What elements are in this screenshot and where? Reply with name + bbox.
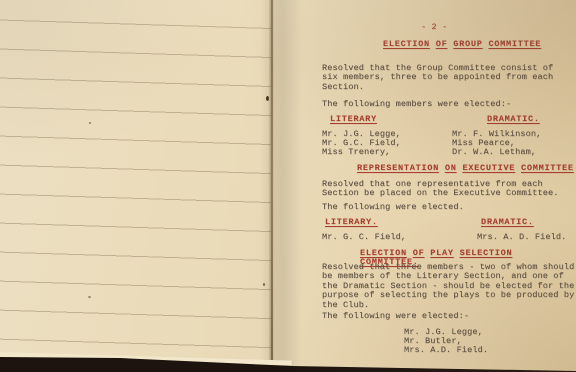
page-number: - 2 - xyxy=(421,23,447,32)
elected-intro: The following were elected. xyxy=(322,203,464,212)
elected-intro: The following members were elected:- xyxy=(322,100,511,109)
ink-speck xyxy=(266,96,269,101)
dramatic-members-list: Mr. F. Wilkinson, Miss Pearce, Dr. W.A. … xyxy=(452,130,541,156)
notebook-fold-crease xyxy=(271,0,273,366)
notebook-gutter-shadow xyxy=(260,0,302,372)
column-header-dramatic: DRAMATIC. xyxy=(481,218,534,227)
literary-members-list: Mr. J.G. Legge, Mr. G.C. Field, Miss Tre… xyxy=(322,130,401,156)
resolution-text: Resolved that the Group Committee consis… xyxy=(322,64,553,92)
section-heading-group-committee: ELECTION OF GROUP COMMITTEE xyxy=(383,40,541,49)
ink-speck xyxy=(88,296,91,298)
minute-book-photo: - 2 - ELECTION OF GROUP COMMITTEE Resolv… xyxy=(0,0,576,372)
play-selection-members-list: Mr. J.G. Legge, Mr. Butler, Mrs. A.D. Fi… xyxy=(404,328,488,354)
column-header-dramatic: DRAMATIC. xyxy=(487,115,540,124)
section-heading-executive-representation: REPRESENTATION ON EXECUTIVE COMMITTEE xyxy=(357,164,574,173)
dramatic-representative: Mrs. A. D. Field. xyxy=(477,233,566,242)
literary-representative: Mr. G. C. Field, xyxy=(322,233,406,242)
column-header-literary: LITERARY xyxy=(330,115,377,124)
resolution-text: Resolved that one representative from ea… xyxy=(322,180,559,199)
elected-intro: The following were elected:- xyxy=(322,312,469,321)
ink-speck xyxy=(263,283,265,286)
resolution-text: Resolved that three members - two of who… xyxy=(322,263,574,310)
column-header-literary: LITERARY. xyxy=(325,218,378,227)
ink-speck xyxy=(89,122,91,124)
